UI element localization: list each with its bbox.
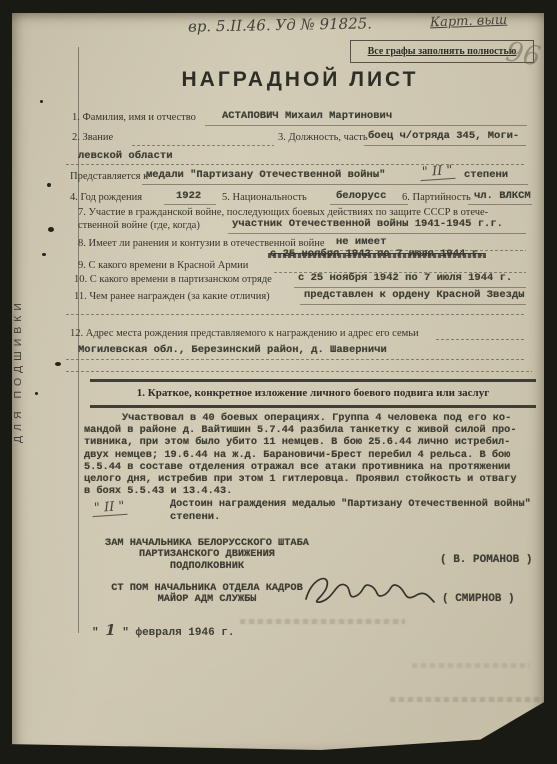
field-underline [294, 287, 526, 288]
citation-line: мандой в районе д. Вайтишин 5.7.44 разби… [84, 424, 536, 436]
ink-speck [55, 362, 61, 366]
field-underline [132, 145, 274, 146]
field-5-label: 5. Национальность [222, 192, 307, 203]
date-rest: " февраля 1946 г. [122, 627, 234, 639]
signatory-2-name: ( СМИРНОВ ) [442, 593, 515, 605]
bleedthrough-mark [412, 663, 530, 668]
field-underline [228, 233, 526, 234]
field-9-struck-value: с 25 ноября 1942 по 7 июля 1944 г. [270, 248, 484, 260]
citation-line: двух немцев; 19.6.44 на ж.д. Барановичи-… [84, 449, 536, 461]
citation-line: целого дня, истребив при этом 1 гитлеров… [84, 473, 536, 485]
bleedthrough-mark [390, 697, 548, 702]
field-6-label: 6. Партийность [402, 192, 471, 203]
field-underline [330, 204, 408, 205]
presented-label: Представляется к [70, 171, 148, 182]
field-3-label: 3. Должность, часть [278, 132, 368, 143]
presented-value: медали "Партизану Отечественной войны" [146, 169, 385, 181]
citation-line: тивника, при этом было убито 11 немцев. … [84, 436, 536, 448]
verdict-line2: степени. [170, 511, 220, 523]
citation-line: 5.5.44 в составе отделения отражал все а… [84, 461, 536, 473]
field-underline [300, 304, 526, 305]
ink-speck [48, 227, 54, 232]
signatory-1-title-line: ПОДПОЛКОВНИК [82, 561, 332, 572]
field-9-label: 9. С какого времени в Красной Армии [78, 260, 248, 271]
section-divider-top [90, 379, 536, 382]
handwritten-degree: " II " [419, 163, 455, 181]
field-4-label: 4. Год рождения [70, 192, 142, 203]
field-underline [164, 204, 216, 205]
field-10-label: 10. С какого времени в партизанском отря… [74, 274, 272, 285]
field-underline [66, 359, 526, 360]
handwritten-signature [300, 569, 438, 613]
handwritten-archive-note: вр. 5.II.46. Уд № 91825. [188, 14, 372, 35]
ink-speck [40, 100, 43, 103]
field-3-value-continued: левской области [78, 150, 173, 162]
ink-speck [42, 253, 46, 256]
field-2-label: 2. Звание [72, 132, 113, 143]
handwritten-verdict-degree: " II " [91, 499, 127, 517]
handwritten-day: 1 [105, 621, 115, 639]
field-underline [66, 371, 532, 372]
signatory-2-title-line: МАЙОР АДМ СЛУЖБЫ [82, 594, 332, 605]
faint-stamp-mark [240, 619, 405, 624]
signatory-1-title: ЗАМ НАЧАЛЬНИКА БЕЛОРУССКОГО ШТАБА ПАРТИЗ… [82, 538, 332, 572]
field-7-value: участник Отечественной войны 1941-1945 г… [232, 218, 503, 230]
field-underline [468, 204, 532, 205]
paper-sheet: вр. 5.II.46. Уд № 91825. Карт. выш Все г… [12, 13, 544, 750]
verdict-line1: Достоин награждения медалью "Партизану О… [170, 499, 531, 510]
field-10-value: с 25 ноября 1942 по 7 июля 1944 г. [298, 272, 512, 284]
ink-speck [47, 183, 51, 187]
field-3-value: боец ч/отряда 345, Моги- [368, 130, 519, 142]
field-5-value: белорусс [336, 190, 386, 202]
field-6-value: чл. ВЛКСМ [474, 190, 531, 202]
field-12-label: 12. Адрес места рождения представляемого… [70, 328, 419, 339]
field-8-value: не имеет [336, 236, 386, 248]
citation-line: Участвовал в 40 боевых операциях. Группа… [84, 412, 536, 424]
field-7-label-line1: 7. Участие в гражданской войне, последую… [78, 207, 488, 218]
citation-section-title: 1. Краткое, конкретное изложение личного… [90, 387, 536, 399]
document-date: " 1 " февраля 1946 г. [92, 621, 234, 639]
field-12-value: Могилевская обл., Березинский район, д. … [78, 344, 387, 356]
field-underline [142, 184, 528, 185]
scanned-page: вр. 5.II.46. Уд № 91825. Карт. выш Все г… [0, 0, 557, 764]
field-underline [364, 145, 526, 146]
field-underline [436, 339, 526, 340]
presented-suffix: степени [464, 169, 508, 181]
handwritten-card-note: Карт. выш [430, 13, 508, 31]
signatory-1-name: ( В. РОМАНОВ ) [440, 554, 532, 566]
date-open-quote: " [92, 627, 99, 639]
field-11-value: представлен к ордену Красной Звезды [304, 289, 525, 301]
field-underline [66, 314, 526, 315]
fill-notice-text: Все графы заполнять полностью [368, 46, 517, 57]
page-title: НАГРАДНОЙ ЛИСТ [34, 68, 557, 92]
field-4-value: 1922 [176, 190, 201, 202]
citation-line: в боях 5.5.43 и 13.4.43. [84, 485, 536, 497]
field-1-value: АСТАПОВИЧ Михаил Мартинович [222, 110, 392, 122]
field-1-label: 1. Фамилия, имя и отчество [72, 112, 196, 123]
citation-text: Участвовал в 40 боевых операциях. Группа… [84, 412, 536, 497]
section-divider-bottom [90, 405, 536, 408]
field-underline [205, 125, 527, 126]
signatory-2-title: СТ ПОМ НАЧАЛЬНИКА ОТДЕЛА КАДРОВ МАЙОР АД… [82, 583, 332, 606]
field-7-label-line2: ственной войне (где, когда) [78, 220, 200, 231]
field-11-label: 11. Чем ранее награжден (за какие отличи… [74, 291, 270, 302]
binding-margin-label: ДЛЯ ПОДШИВКИ [12, 293, 24, 443]
field-underline [66, 164, 526, 165]
ink-speck [35, 392, 38, 395]
